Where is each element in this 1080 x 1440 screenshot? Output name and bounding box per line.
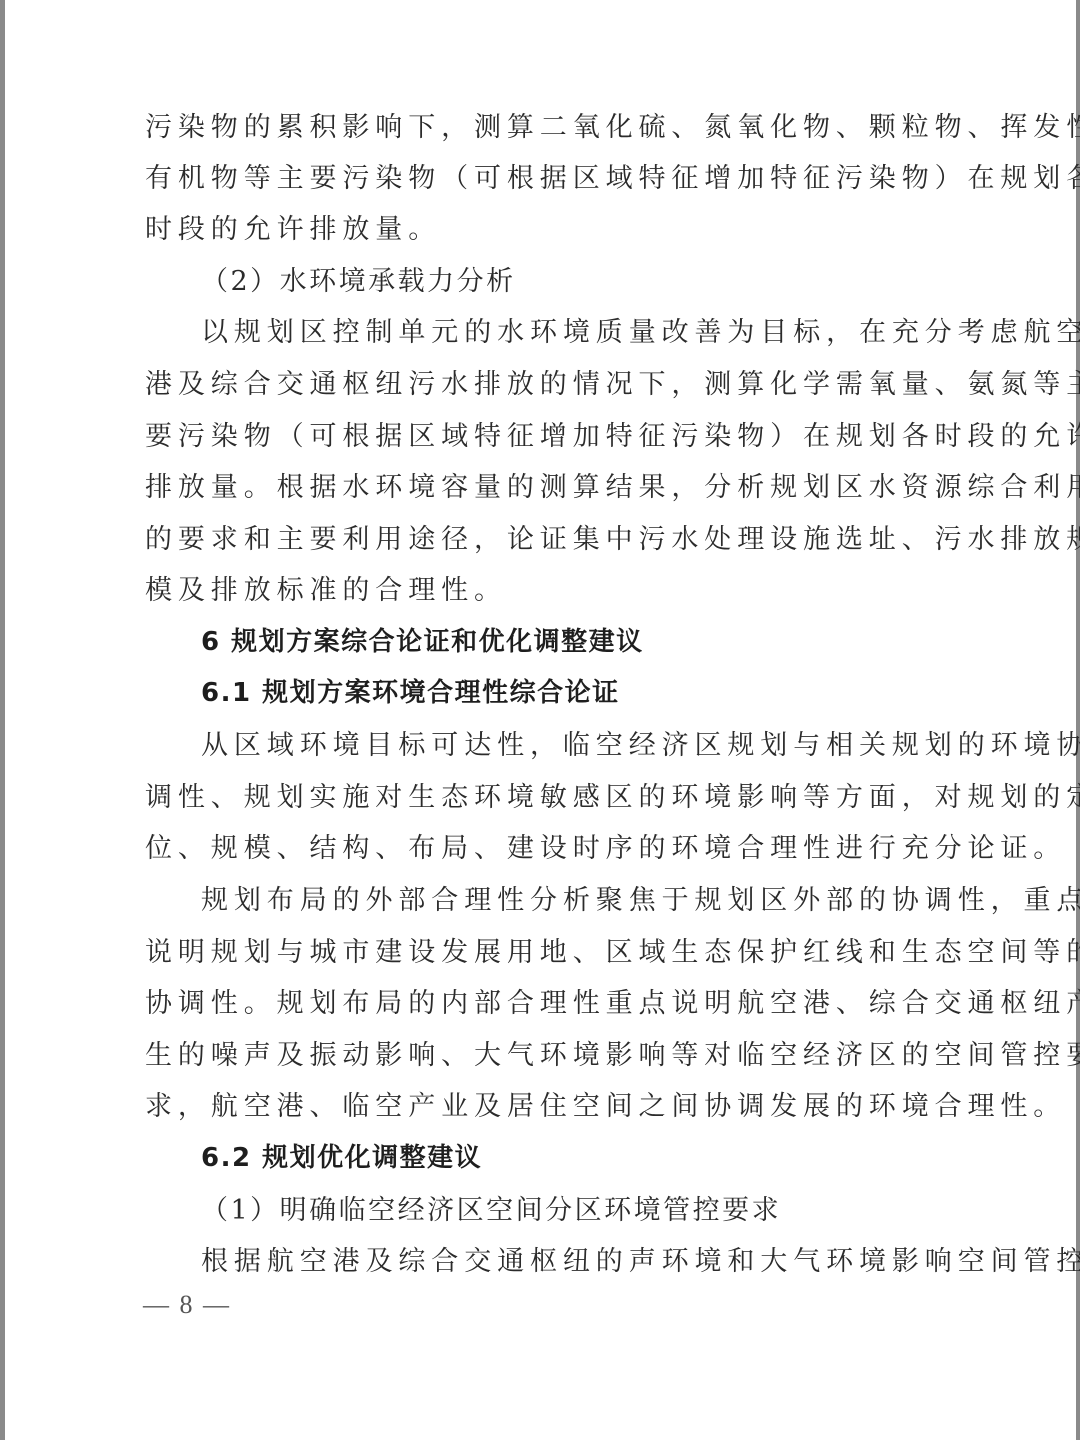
body-line: 要污染物（可根据区域特征增加特征污染物）在规划各时段的允许 xyxy=(145,411,1080,462)
body-line: 的要求和主要利用途径，论证集中污水处理设施选址、污水排放规 xyxy=(145,514,1080,565)
subheading-zoning-control: （1）明确临空经济区空间分区环境管控要求 xyxy=(201,1185,781,1236)
body-line: 有机物等主要污染物（可根据区域特征增加特征污染物）在规划各 xyxy=(145,153,1080,204)
body-line: 港及综合交通枢纽污水排放的情况下，测算化学需氧量、氨氮等主 xyxy=(145,359,1080,410)
body-line: 说明规划与城市建设发展用地、区域生态保护红线和生态空间等的 xyxy=(145,927,1080,978)
body-line: 以规划区控制单元的水环境质量改善为目标，在充分考虑航空 xyxy=(201,307,1080,358)
body-line: 从区域环境目标可达性，临空经济区规划与相关规划的环境协 xyxy=(201,720,1080,771)
section-heading-6: 6 规划方案综合论证和优化调整建议 xyxy=(201,617,644,668)
page-number: — 8 — xyxy=(143,1290,231,1320)
body-line: 位、规模、结构、布局、建设时序的环境合理性进行充分论证。 xyxy=(145,823,1066,874)
body-line: 协调性。规划布局的内部合理性重点说明航空港、综合交通枢纽产 xyxy=(145,978,1080,1029)
body-line: 根据航空港及综合交通枢纽的声环境和大气环境影响空间管控 xyxy=(201,1236,1080,1287)
body-line: 时段的允许排放量。 xyxy=(145,204,441,255)
section-heading-6-2: 6.2 规划优化调整建议 xyxy=(201,1133,482,1184)
body-line: 污染物的累积影响下，测算二氧化硫、氮氧化物、颗粒物、挥发性 xyxy=(145,102,1080,153)
body-line: 生的噪声及振动影响、大气环境影响等对临空经济区的空间管控要 xyxy=(145,1030,1080,1081)
body-line: 排放量。根据水环境容量的测算结果，分析规划区水资源综合利用 xyxy=(145,462,1080,513)
page-edge-left xyxy=(0,0,5,1440)
body-line: 规划布局的外部合理性分析聚焦于规划区外部的协调性，重点 xyxy=(201,875,1080,926)
body-line: 调性、规划实施对生态环境敏感区的环境影响等方面，对规划的定 xyxy=(145,772,1080,823)
body-line: 求，航空港、临空产业及居住空间之间协调发展的环境合理性。 xyxy=(145,1081,1066,1132)
section-heading-6-1: 6.1 规划方案环境合理性综合论证 xyxy=(201,668,620,719)
subheading-water-capacity: （2）水环境承载力分析 xyxy=(201,256,516,307)
body-line: 模及排放标准的合理性。 xyxy=(145,565,507,616)
